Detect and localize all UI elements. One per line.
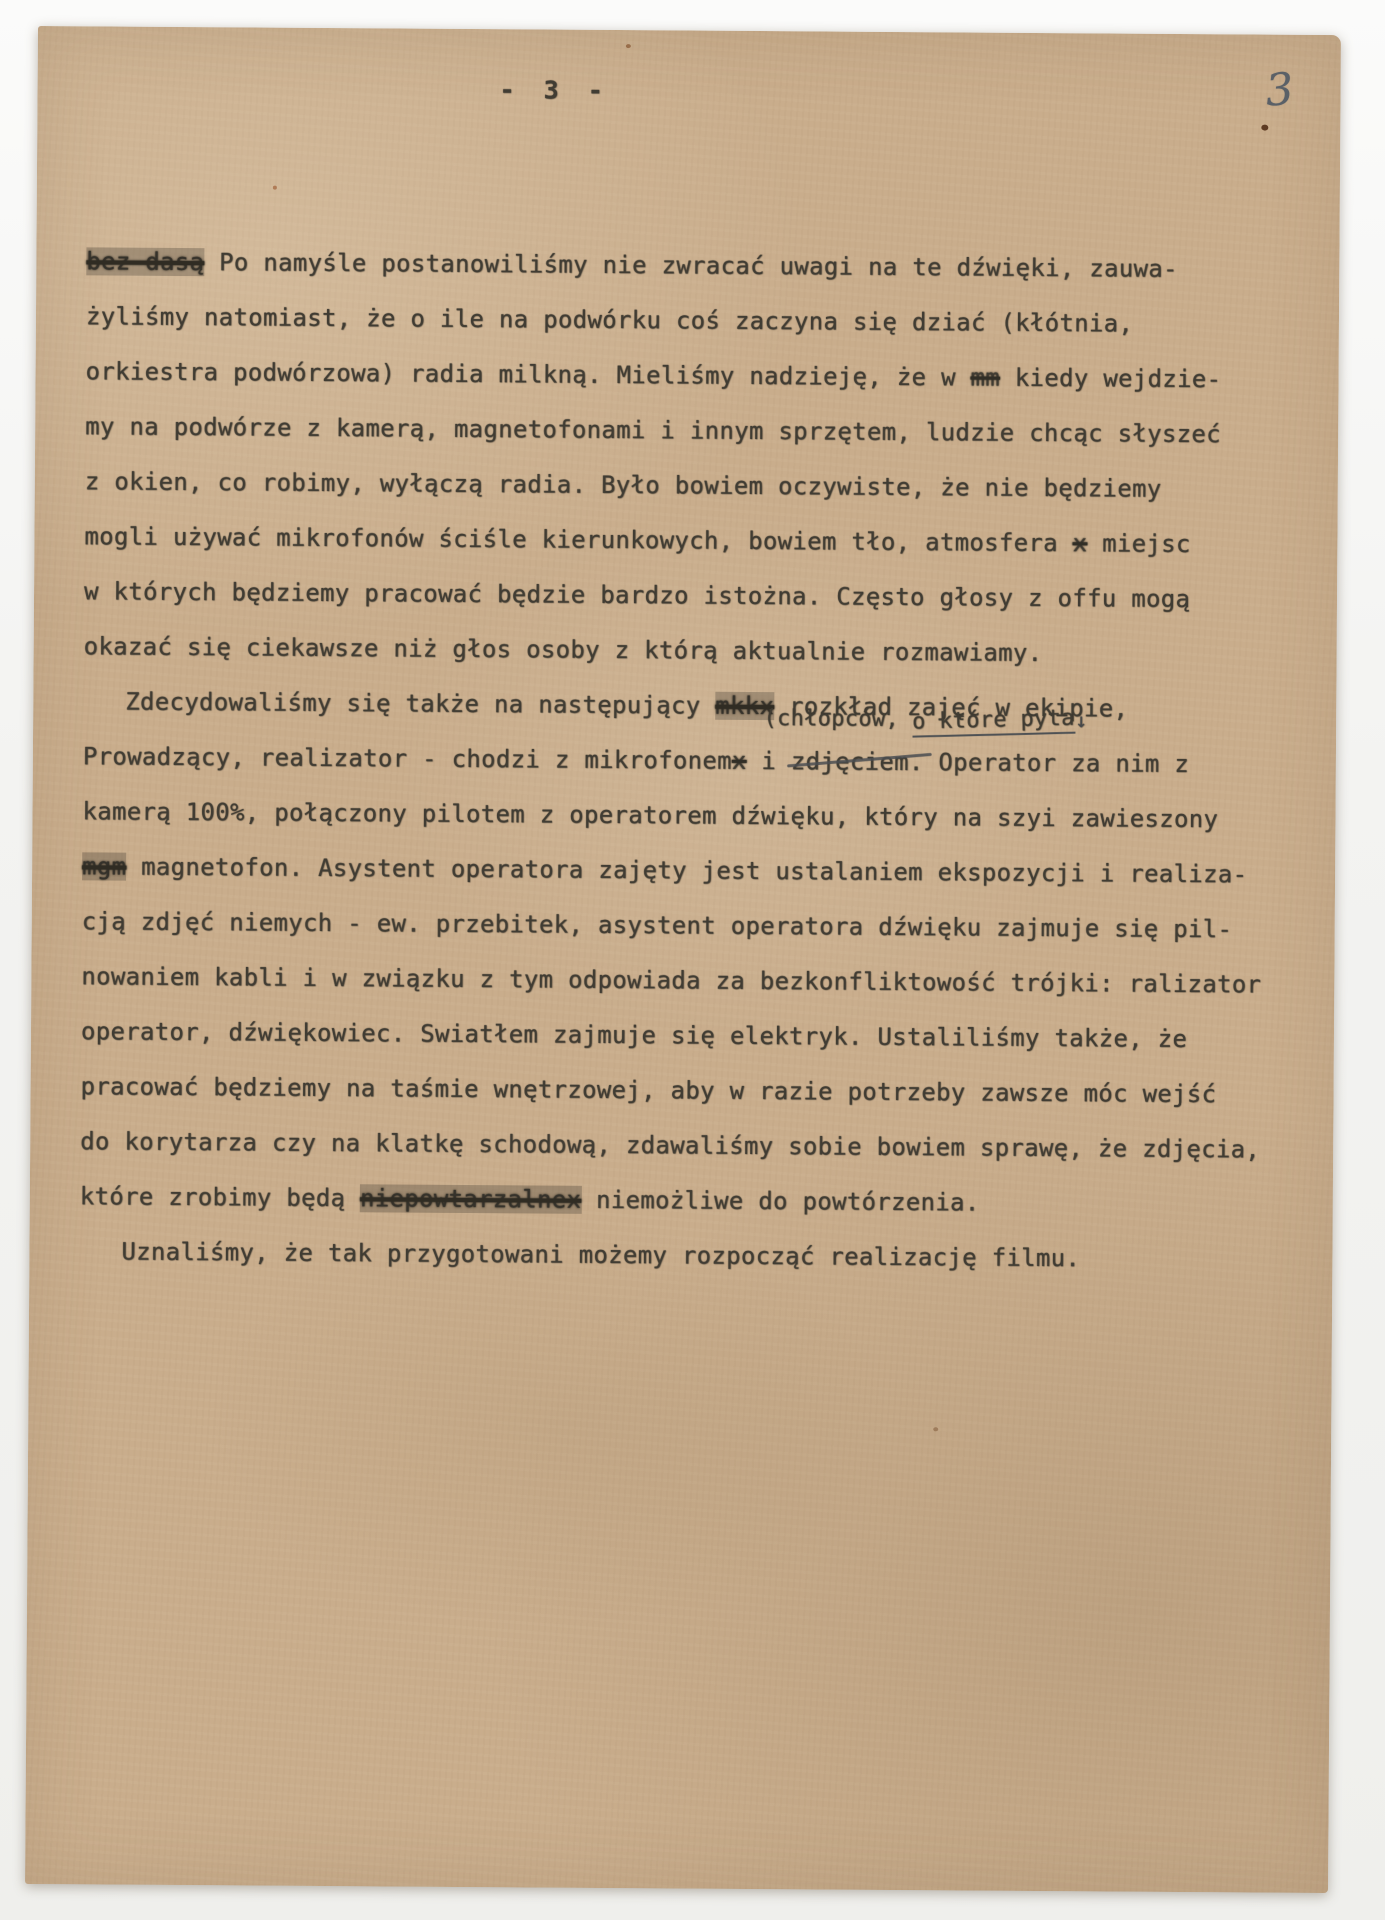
text-line: mgm magnetofon. Asystent operatora zajęt…	[82, 839, 1282, 902]
text-segment: Prowadzący, realizator - chodzi z mikrof…	[83, 742, 732, 775]
text-segment: niemożliwe do powtórzenia.	[581, 1186, 979, 1217]
text-segment: pracować będziemy na taśmie wnętrzowej, …	[81, 1072, 1217, 1108]
page-number-handwritten: 3	[1264, 64, 1296, 117]
text-segment: my na podwórze z kamerą, magnetofonami i…	[85, 412, 1221, 448]
text-segment: żyliśmy natomiast, że o ile na podwórku …	[86, 302, 1133, 337]
text-line: w których będziemy pracować będzie bardz…	[84, 564, 1284, 627]
text-segment: nowaniem kabli i w związku z tym odpowia…	[81, 962, 1261, 998]
struck-text: bez dasą	[86, 247, 204, 276]
text-line: Uznaliśmy, że tak przygotowani możemy ro…	[79, 1224, 1279, 1287]
struck-text: mm	[970, 364, 1000, 392]
page-number-typed: - 3 -	[499, 75, 609, 105]
text-line: my na podwórze z kamerą, magnetofonami i…	[85, 399, 1285, 462]
struck-text: mgm	[82, 852, 126, 880]
text-segment: Zdecydowaliśmy się także na następujący	[125, 688, 715, 720]
text-line: cją zdjęć niemych - ew. przebitek, asyst…	[82, 894, 1282, 957]
text-segment: które zrobimy będą	[80, 1182, 360, 1212]
typed-text-block: bez dasą Po namyśle postanowiliśmy nie z…	[79, 196, 1287, 1325]
struck-text: niepowtarzalnex	[360, 1184, 581, 1214]
text-segment: magnetofon. Asystent operatora zajęty je…	[126, 853, 1247, 889]
paper-speck	[933, 1427, 938, 1431]
text-line: operator, dźwiękowiec. Swiatłem zajmuje …	[81, 1004, 1281, 1067]
paper-speck	[626, 44, 631, 48]
document-page: - 3 - 3 bez dasą Po namyśle postanowiliś…	[25, 26, 1341, 1893]
text-segment: w których będziemy pracować będzie bardz…	[84, 577, 1190, 613]
paper-speck	[1261, 125, 1268, 131]
text-segment: z okien, co robimy, wyłączą radia. Było …	[85, 467, 1162, 503]
text-line: żyliśmy natomiast, że o ile na podwórku …	[86, 289, 1286, 352]
text-segment: orkiestra podwórzowa) radia milkną. Miel…	[85, 357, 970, 391]
text-segment: miejsc	[1087, 529, 1190, 558]
scan-background: - 3 - 3 bez dasą Po namyśle postanowiliś…	[0, 0, 1385, 1920]
text-segment: okazać się ciekawsze niż głos osoby z kt…	[84, 632, 1043, 667]
text-line: z okien, co robimy, wyłączą radia. Było …	[85, 454, 1285, 517]
text-segment: Uznaliśmy, że tak przygotowani możemy ro…	[121, 1238, 1080, 1273]
text-line: nowaniem kabli i w związku z tym odpowia…	[81, 949, 1281, 1012]
text-line: kamerą 100%, połączony pilotem z operato…	[82, 784, 1282, 847]
text-segment: mogli używać mikrofonów ściśle kierunkow…	[84, 522, 1072, 557]
text-line: które zrobimy będą niepowtarzalnex niemo…	[80, 1169, 1280, 1232]
paper-speck	[273, 186, 277, 190]
text-line: mogli używać mikrofonów ściśle kierunkow…	[84, 509, 1284, 572]
struck-text: x	[1073, 529, 1088, 557]
text-segment: kamerą 100%, połączony pilotem z operato…	[82, 797, 1218, 833]
text-segment: operator, dźwiękowiec. Swiatłem zajmuje …	[81, 1017, 1187, 1053]
interline-annotation: (chłopców, o które pyta↓	[655, 680, 1088, 761]
text-line: okazać się ciekawsze niż głos osoby z kt…	[83, 619, 1283, 682]
text-segment: cją zdjęć niemych - ew. przebitek, asyst…	[82, 907, 1233, 943]
text-line: pracować będziemy na taśmie wnętrzowej, …	[80, 1059, 1280, 1122]
text-line: do korytarza czy na klatkę schodową, zda…	[80, 1114, 1280, 1177]
annotation-prefix: (chłopców,	[763, 706, 912, 732]
text-line: bez dasą Po namyśle postanowiliśmy nie z…	[86, 234, 1286, 297]
annotation-arrow: ↓	[1075, 708, 1088, 732]
text-segment: kiedy wejdzie-	[1000, 364, 1221, 394]
text-line: orkiestra podwórzowa) radia milkną. Miel…	[85, 344, 1285, 407]
text-segment: do korytarza czy na klatkę schodową, zda…	[80, 1127, 1260, 1163]
annotation-underlined: o które pyta	[912, 706, 1075, 738]
text-segment: Po namyśle postanowiliśmy nie zwracać uw…	[204, 248, 1178, 283]
